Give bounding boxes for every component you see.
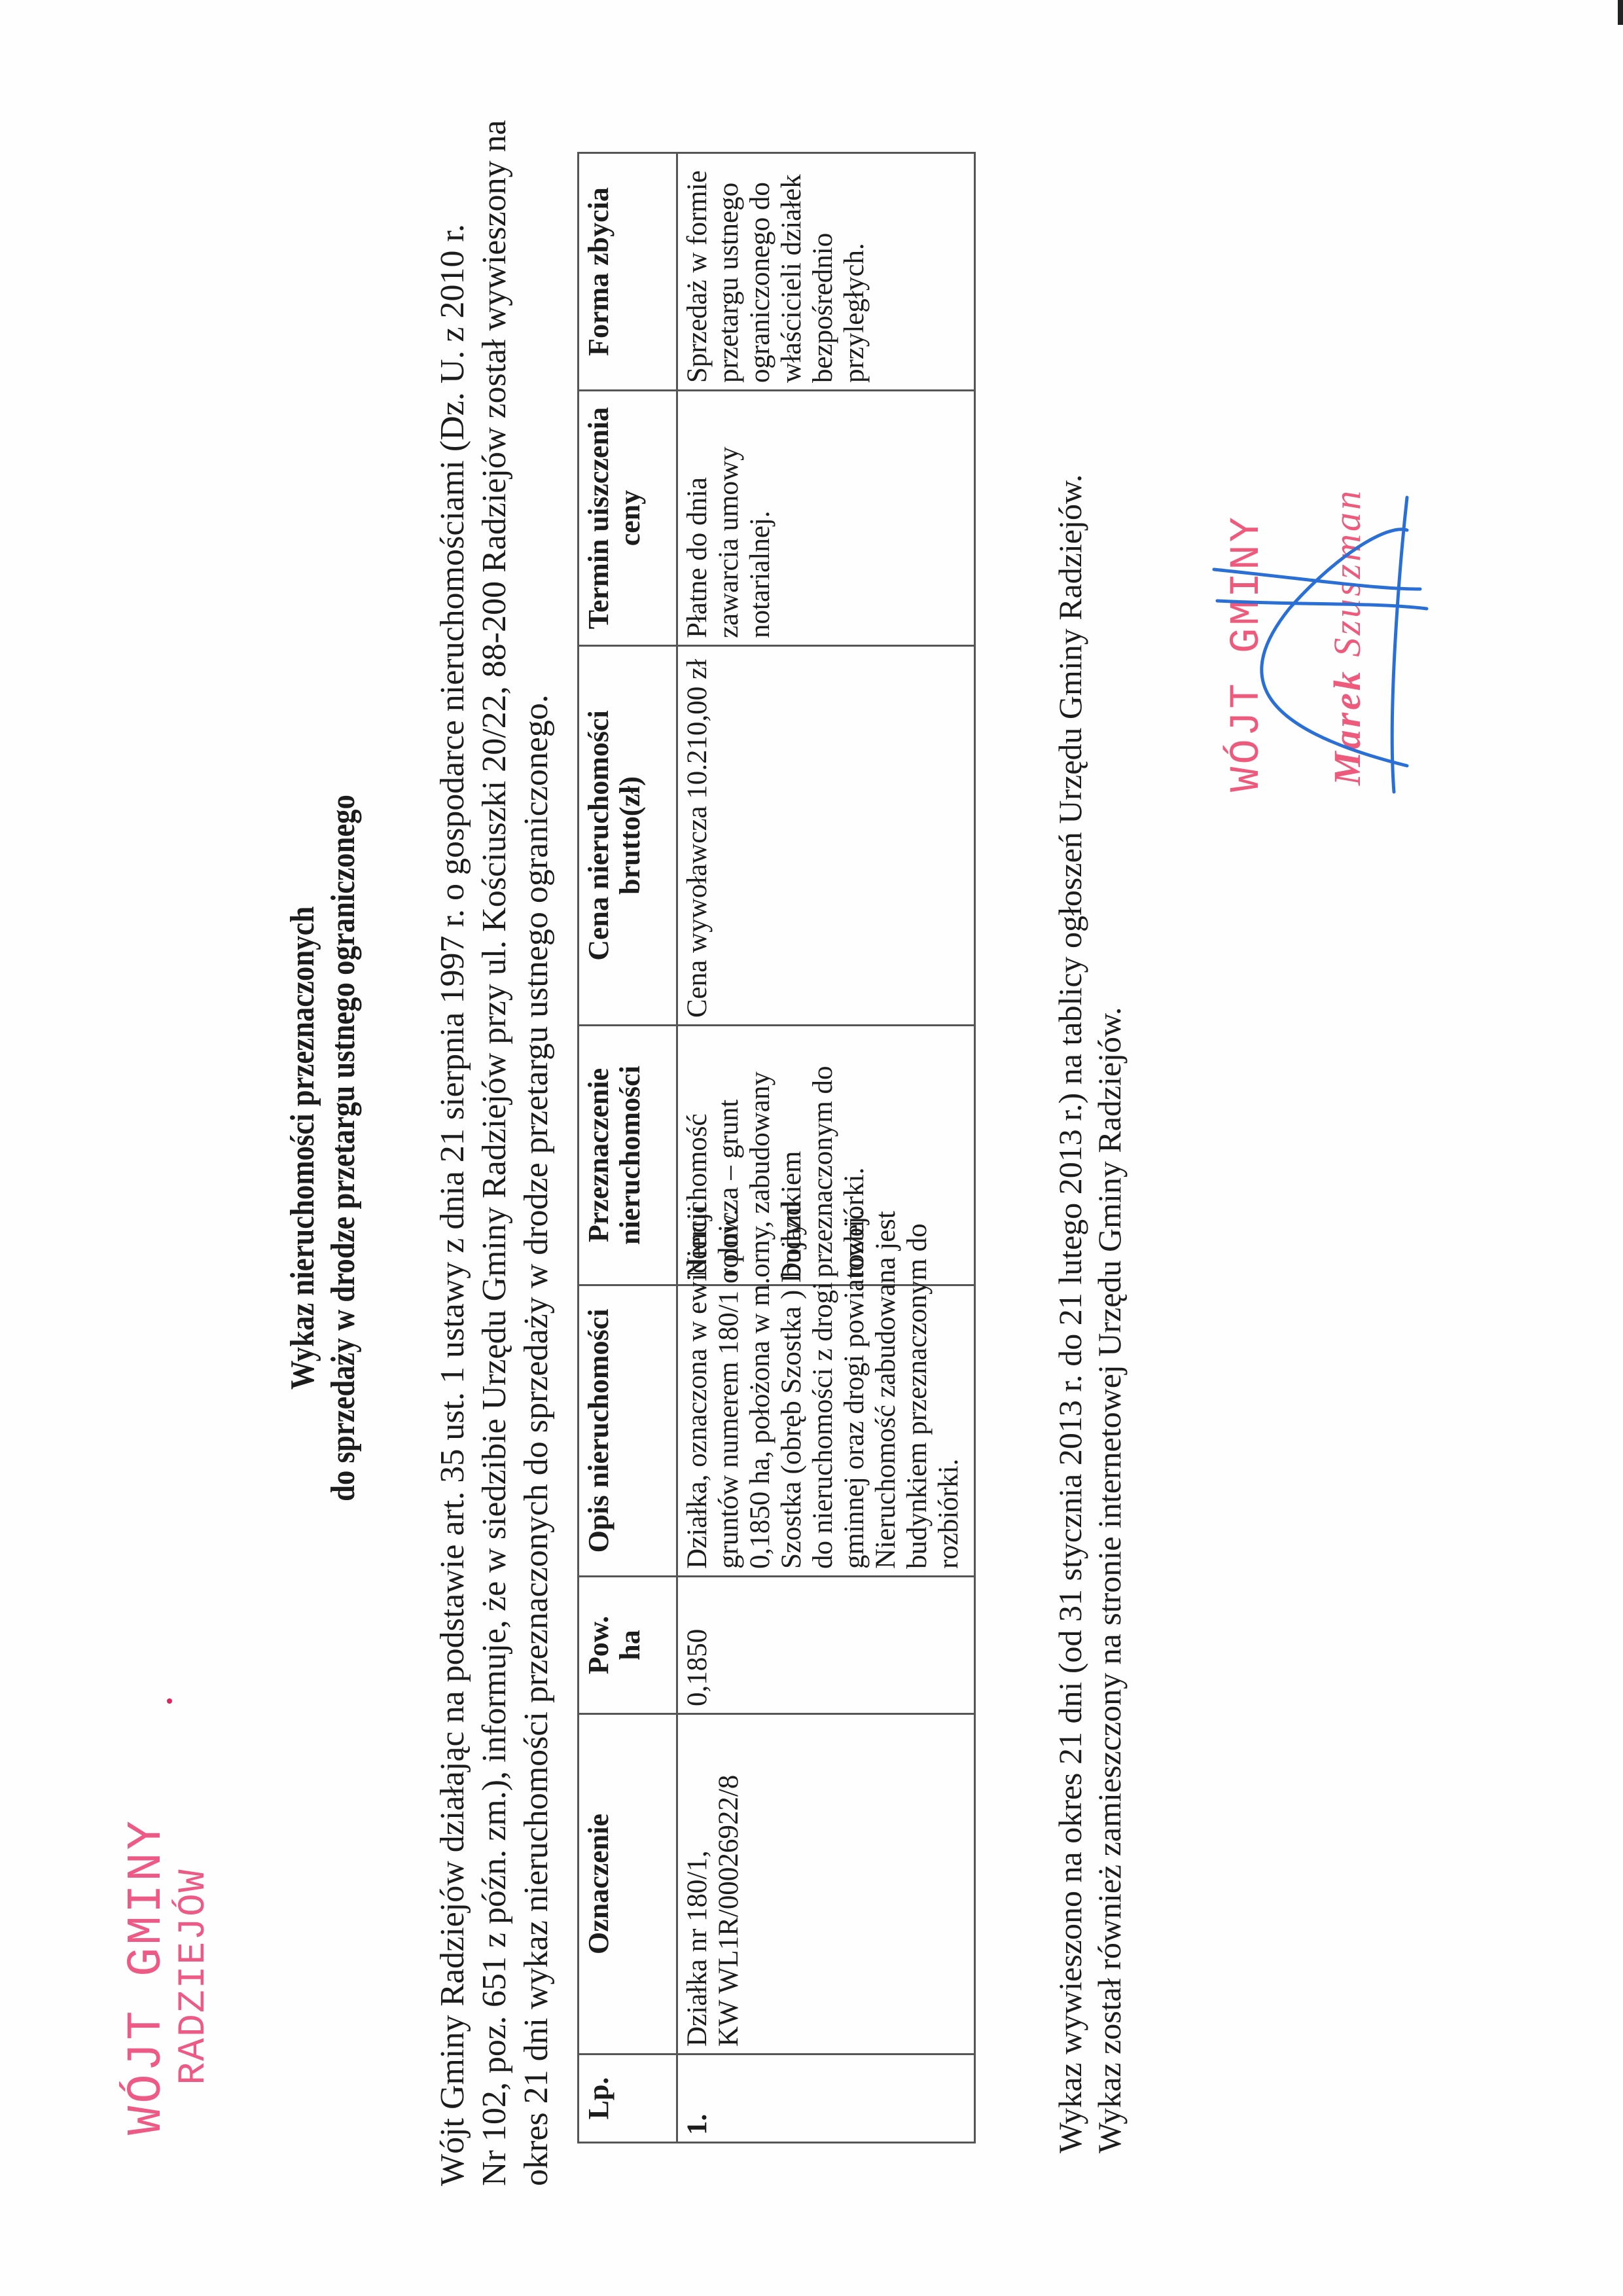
header-pow: Pow.ha [579,1577,677,1714]
cell-text: Działka nr 180/1, [682,1721,713,2047]
header-text: Forma zbycia [583,160,615,383]
cell-text: przeznaczonym do [808,1033,839,1278]
header-forma: Forma zbycia [579,153,677,391]
footer-line: Wykaz został również zamieszczony na str… [1090,190,1129,2153]
cell-text: bezpośrednio [808,160,839,383]
cell-text: Cena wywoławcza 10.210,00 zł [682,653,713,1018]
cell-text: budynkiem przeznaczonym do [902,1293,933,1569]
header-oznaczenie: Oznaczenie [579,1714,677,2054]
handwritten-signature-icon [1211,497,1427,805]
cell-cena: Cena wywoławcza 10.210,00 zł [677,646,975,1026]
cell-text: właścicieli działek [776,160,808,383]
property-table: Lp.OznaczeniePow.haOpis nieruchomościPrz… [577,152,976,2144]
cell-text: budynkiem [776,1033,808,1278]
cell-text: zawarcia umowy [713,398,745,638]
header-text: Lp. [583,2062,615,2135]
stamp-municipality: RADZIEJÓW [175,1774,213,2179]
cell-text: Sprzedaż w formie [682,160,713,383]
cell-lp: 1. [677,2054,975,2143]
cell-opis: Działka, oznaczona w ewidencjigruntów nu… [677,1285,975,1577]
stamp-title: WÓJT GMINY [123,1774,171,2179]
header-text: Pow. [583,1584,615,1706]
intro-line: okres 21 dni wykaz nieruchomości przezna… [516,131,558,2186]
cell-text: rozbiórki. [933,1293,965,1569]
cell-text: 0,1850 [682,1584,713,1706]
header-termin: Termin uiszczeniaceny [579,391,677,646]
header-opis: Opis nieruchomości [579,1285,677,1577]
header-text: ha [615,1584,646,1706]
header-text: Oznaczenie [583,1721,615,2047]
footer-note: Wykaz wywieszono na okres 21 dni (od 31 … [1050,190,1129,2153]
header-lp: Lp. [579,2054,677,2143]
footer-line: Wykaz wywieszono na okres 21 dni (od 31 … [1050,190,1090,2153]
cell-text: Działka, oznaczona w ewidencji [682,1293,713,1569]
cell-text: KW WL1R/00026922/8 [713,1721,745,2047]
document-title: Wykaz nieruchomości przeznaczonych do sp… [283,161,364,2136]
cell-text: gruntów numerem 180/1 o pow. [713,1293,745,1569]
title-line-2: do sprzedaży w drodze przetargu ustnego … [323,161,364,2136]
header-text: nieruchomości [615,1033,646,1278]
ink-speck [167,1698,172,1704]
cell-text: Szostka (obręb Szostka ) Dojazd [776,1293,808,1569]
cell-text: rozbiórki. [839,1033,870,1278]
cell-termin: Płatne do dniazawarcia umowynotarialnej. [677,391,975,646]
header-text: Przeznaczenie [583,1033,615,1278]
header-text: ceny [615,398,646,638]
cell-text: notarialnej. [745,398,776,638]
header-text: Termin uiszczenia [583,398,615,638]
cell-pow: 0,1850 [677,1577,975,1714]
cell-text: przetargu ustnego [713,160,745,383]
header-cena: Cena nieruchomościbrutto(zł) [579,646,677,1026]
intro-paragraph: Wójt Gminy Radziejów działając na podsta… [432,131,558,2186]
header-przeznaczenie: Przeznaczenienieruchomości [579,1026,677,1285]
cell-oznaczenie: Działka nr 180/1,KW WL1R/00026922/8 [677,1714,975,2054]
cell-text: przyległych. [839,160,870,383]
header-text: Cena nieruchomości [583,653,615,1018]
header-text: brutto(zł) [615,653,646,1018]
table-header-row: Lp.OznaczeniePow.haOpis nieruchomościPrz… [579,153,677,2143]
cell-text: do nieruchomości z drogi [808,1293,839,1569]
official-stamp: WÓJT GMINY RADZIEJÓW [123,1774,213,2179]
cell-forma: Sprzedaż w formieprzetargu ustnegoograni… [677,153,975,391]
cell-text: Płatne do dnia [682,398,713,638]
cell-text: gminnej oraz drogi powiatowej. [839,1293,870,1569]
cell-text: 1. [682,2062,713,2135]
document-page: WÓJT GMINY RADZIEJÓW Wykaz nieruchomości… [0,0,1623,2296]
title-line-1: Wykaz nieruchomości przeznaczonych [283,161,323,2136]
scan-edge-mark [1618,0,1623,25]
intro-line: Wójt Gminy Radziejów działając na podsta… [432,131,474,2186]
cell-text: rolnicza – grunt [713,1033,745,1278]
intro-line: Nr 102, poz. 651 z późn. zm.), informuje… [474,131,516,2186]
cell-text: Nieruchomość [682,1033,713,1278]
table-row: 1. Działka nr 180/1,KW WL1R/00026922/8 0… [677,153,975,2143]
header-text: Opis nieruchomości [583,1293,615,1569]
cell-text: Nieruchomość zabudowana jest [870,1293,902,1569]
cell-text: ograniczonego do [745,160,776,383]
cell-text: 0,1850 ha, położona w m. [745,1293,776,1569]
signature-stamp: WÓJT GMINY Marek Szuszman [1211,497,1427,805]
cell-text: orny, zabudowany [745,1033,776,1278]
